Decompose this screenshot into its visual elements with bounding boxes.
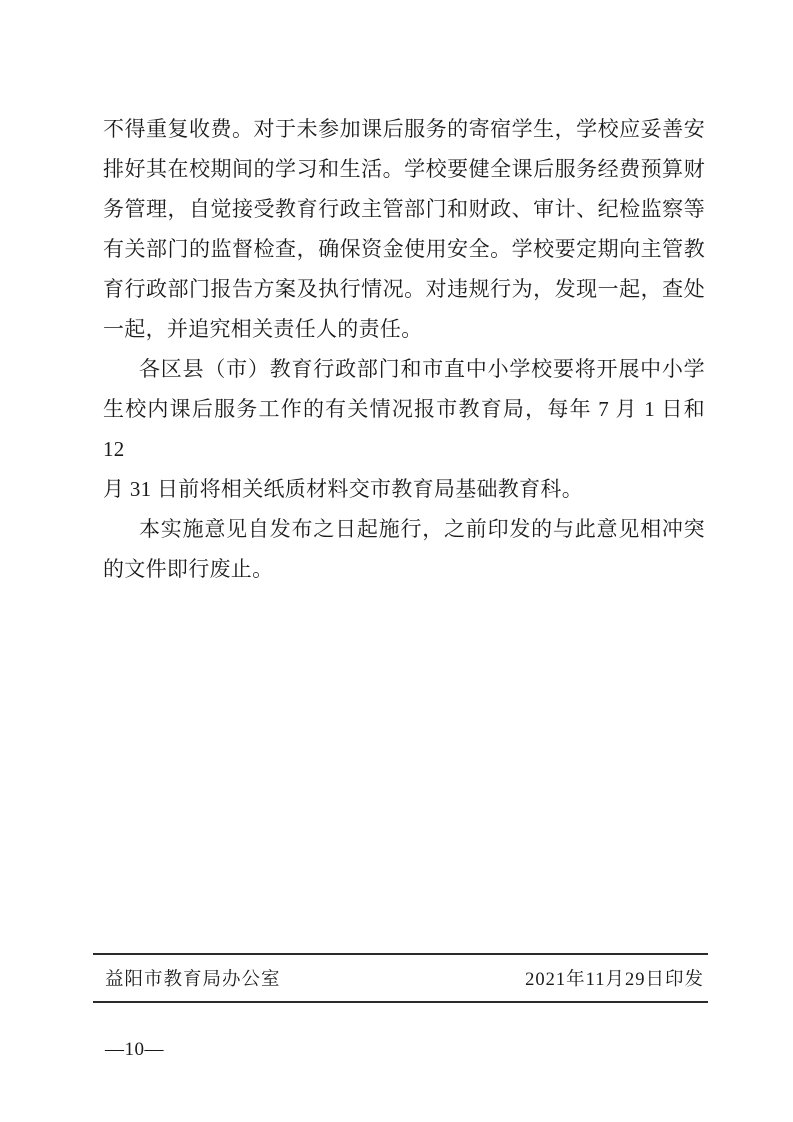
text-line: 有关部门的监督检查，确保资金使用安全。学校要定期向主管教	[103, 229, 705, 269]
text-line: 不得重复收费。对于未参加课后服务的寄宿学生，学校应妥善安	[103, 109, 705, 149]
text-line: 本实施意见自发布之日起施行，之前印发的与此意见相冲突	[103, 509, 705, 549]
text-line: 排好其在校期间的学习和生活。学校要健全课后服务经费预算财	[103, 149, 705, 189]
print-date: 2021年11月29日印发	[525, 965, 708, 991]
text-line: 一起，并追究相关责任人的责任。	[103, 309, 705, 349]
document-page: 不得重复收费。对于未参加课后服务的寄宿学生，学校应妥善安排好其在校期间的学习和生…	[0, 0, 793, 1122]
text-line: 月 31 日前将相关纸质材料交市教育局基础教育科。	[103, 469, 705, 509]
text-line: 各区县（市）教育行政部门和市直中小学校要将开展中小学	[103, 349, 705, 389]
text-line: 务管理，自觉接受教育行政主管部门和财政、审计、纪检监察等	[103, 189, 705, 229]
text-line: 育行政部门报告方案及执行情况。对违规行为，发现一起，查处	[103, 269, 705, 309]
issuer-footer: 益阳市教育局办公室 2021年11月29日印发	[93, 953, 708, 1003]
page-number: —10—	[105, 1036, 164, 1064]
text-line: 的文件即行废止。	[103, 549, 705, 589]
text-line: 生校内课后服务工作的有关情况报市教育局，每年 7 月 1 日和 12	[103, 389, 705, 469]
document-body: 不得重复收费。对于未参加课后服务的寄宿学生，学校应妥善安排好其在校期间的学习和生…	[103, 109, 705, 589]
issuing-office: 益阳市教育局办公室	[93, 965, 281, 991]
